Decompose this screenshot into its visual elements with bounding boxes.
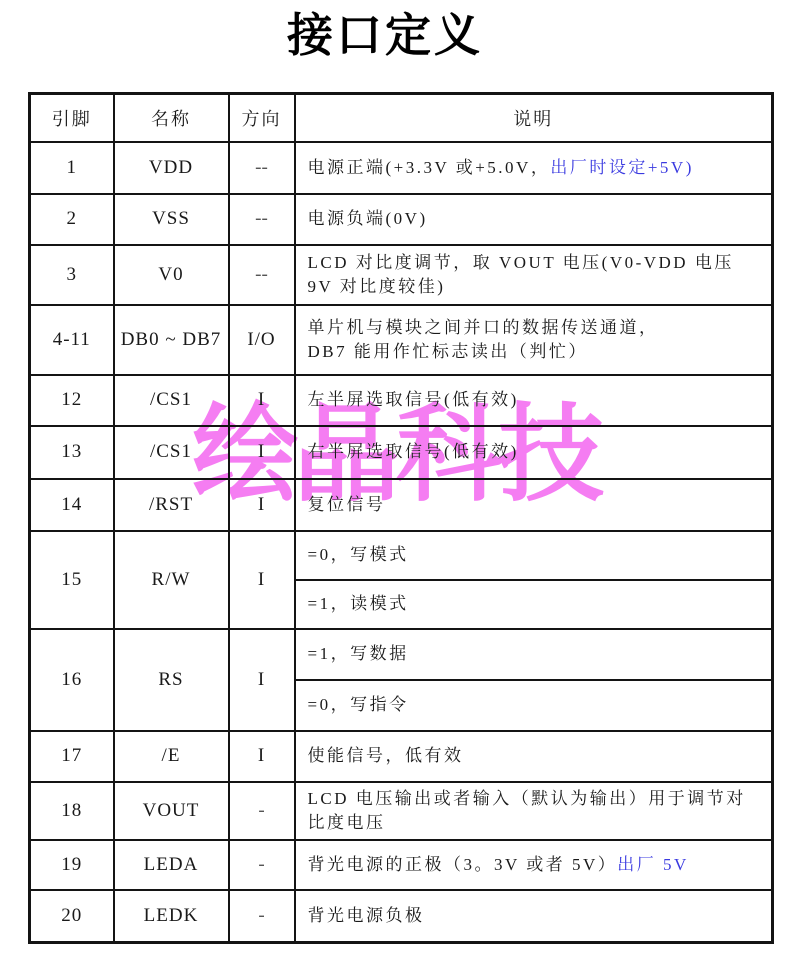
name-cell: VOUT xyxy=(114,782,229,840)
table-row: 3 V0 -- LCD 对比度调节，取 VOUT 电压(V0-VDD 电压 9V… xyxy=(30,245,773,305)
description-highlight: 出厂时设定+5V) xyxy=(550,158,694,177)
description-cell: 背光电源负极 xyxy=(295,890,773,943)
description-text: 使能信号，低有效 xyxy=(308,746,464,765)
description-line-1: 单片机与模块之间并口的数据传送通道， xyxy=(308,316,764,340)
direction-cell: I xyxy=(229,629,295,731)
description-cell: 右半屏选取信号(低有效) xyxy=(295,426,773,479)
description-text: 背光电源的正极（3。3V 或者 5V） xyxy=(308,855,618,874)
description-highlight: 出厂 5V xyxy=(617,855,689,874)
direction-cell: I xyxy=(229,731,295,782)
direction-cell: I xyxy=(229,531,295,629)
direction-cell: -- xyxy=(229,194,295,245)
direction-cell: - xyxy=(229,782,295,840)
document-page: 接口定义 引脚 名称 方向 说明 1 VDD -- 电源正端(+3.3V 或+5… xyxy=(0,0,800,966)
description-line-2: DB7 能用作忙标志读出（判忙） xyxy=(308,340,764,364)
direction-cell: I xyxy=(229,479,295,531)
description-cell: 左半屏选取信号(低有效) xyxy=(295,375,773,426)
table-row: 15 R/W I =0，写模式 xyxy=(30,531,773,580)
pin-cell: 20 xyxy=(30,890,114,943)
direction-value: -- xyxy=(255,264,268,285)
pin-definition-table: 引脚 名称 方向 说明 1 VDD -- 电源正端(+3.3V 或+5.0V，出… xyxy=(28,92,774,944)
name-cell: RS xyxy=(114,629,229,731)
pin-cell: 16 xyxy=(30,629,114,731)
page-title: 接口定义 xyxy=(0,4,770,66)
description-text: LCD 对比度调节，取 VOUT 电压(V0-VDD 电压 9V 对比度较佳) xyxy=(308,253,734,296)
name-cell: /CS1 xyxy=(114,426,229,479)
direction-cell: I/O xyxy=(229,305,295,375)
pin-cell: 14 xyxy=(30,479,114,531)
direction-value: - xyxy=(258,854,264,875)
direction-cell: - xyxy=(229,840,295,890)
direction-value: - xyxy=(258,905,264,926)
description-cell: LCD 对比度调节，取 VOUT 电压(V0-VDD 电压 9V 对比度较佳) xyxy=(295,245,773,305)
table-row: 12 /CS1 I 左半屏选取信号(低有效) xyxy=(30,375,773,426)
direction-cell: -- xyxy=(229,245,295,305)
description-cell: LCD 电压输出或者输入（默认为输出）用于调节对比度电压 xyxy=(295,782,773,840)
description-cell: 单片机与模块之间并口的数据传送通道， DB7 能用作忙标志读出（判忙） xyxy=(295,305,773,375)
name-cell: VDD xyxy=(114,142,229,194)
direction-cell: I xyxy=(229,375,295,426)
table-row: 16 RS I =1，写数据 xyxy=(30,629,773,680)
table-row: 20 LEDK - 背光电源负极 xyxy=(30,890,773,943)
table-row: 13 /CS1 I 右半屏选取信号(低有效) xyxy=(30,426,773,479)
description-text: =1，写数据 xyxy=(308,644,409,663)
description-text: =1，读模式 xyxy=(308,594,409,613)
direction-value: -- xyxy=(255,157,268,178)
pin-cell: 18 xyxy=(30,782,114,840)
description-text: =0，写指令 xyxy=(308,695,409,714)
name-cell: V0 xyxy=(114,245,229,305)
name-cell: R/W xyxy=(114,531,229,629)
pin-cell: 12 xyxy=(30,375,114,426)
description-text: 背光电源负极 xyxy=(308,906,425,925)
header-description: 说明 xyxy=(295,94,773,142)
name-cell: /E xyxy=(114,731,229,782)
pin-cell: 19 xyxy=(30,840,114,890)
description-cell: =0，写指令 xyxy=(295,680,773,731)
table-row: 17 /E I 使能信号，低有效 xyxy=(30,731,773,782)
description-text: 左半屏选取信号(低有效) xyxy=(308,390,519,409)
pin-cell: 2 xyxy=(30,194,114,245)
description-cell: 电源负端(0V) xyxy=(295,194,773,245)
table-row: 2 VSS -- 电源负端(0V) xyxy=(30,194,773,245)
description-text: 右半屏选取信号(低有效) xyxy=(308,442,519,461)
name-cell: /CS1 xyxy=(114,375,229,426)
name-cell: VSS xyxy=(114,194,229,245)
name-cell: LEDA xyxy=(114,840,229,890)
pin-cell: 17 xyxy=(30,731,114,782)
name-cell: /RST xyxy=(114,479,229,531)
table-row: 4-11 DB0 ~ DB7 I/O 单片机与模块之间并口的数据传送通道， DB… xyxy=(30,305,773,375)
name-cell: LEDK xyxy=(114,890,229,943)
pin-cell: 1 xyxy=(30,142,114,194)
pin-cell: 13 xyxy=(30,426,114,479)
direction-cell: -- xyxy=(229,142,295,194)
header-name: 名称 xyxy=(114,94,229,142)
pin-cell: 4-11 xyxy=(30,305,114,375)
name-cell: DB0 ~ DB7 xyxy=(114,305,229,375)
description-cell: =1，写数据 xyxy=(295,629,773,680)
description-cell: =1，读模式 xyxy=(295,580,773,629)
table-row: 19 LEDA - 背光电源的正极（3。3V 或者 5V）出厂 5V xyxy=(30,840,773,890)
table-row: 18 VOUT - LCD 电压输出或者输入（默认为输出）用于调节对比度电压 xyxy=(30,782,773,840)
table-row: 14 /RST I 复位信号 xyxy=(30,479,773,531)
description-text: 电源正端(+3.3V 或+5.0V， xyxy=(308,158,551,177)
description-cell: 复位信号 xyxy=(295,479,773,531)
table-header-row: 引脚 名称 方向 说明 xyxy=(30,94,773,142)
description-text: LCD 电压输出或者输入（默认为输出）用于调节对比度电压 xyxy=(308,789,746,832)
header-direction: 方向 xyxy=(229,94,295,142)
header-pin: 引脚 xyxy=(30,94,114,142)
direction-cell: - xyxy=(229,890,295,943)
description-text: =0，写模式 xyxy=(308,545,409,564)
direction-cell: I xyxy=(229,426,295,479)
pin-cell: 15 xyxy=(30,531,114,629)
description-cell: 电源正端(+3.3V 或+5.0V，出厂时设定+5V) xyxy=(295,142,773,194)
description-cell: =0，写模式 xyxy=(295,531,773,580)
direction-value: - xyxy=(258,800,264,821)
description-text: 电源负端(0V) xyxy=(308,209,428,228)
description-cell: 背光电源的正极（3。3V 或者 5V）出厂 5V xyxy=(295,840,773,890)
description-text: 复位信号 xyxy=(308,495,386,514)
description-cell: 使能信号，低有效 xyxy=(295,731,773,782)
direction-value: -- xyxy=(255,208,268,229)
pin-cell: 3 xyxy=(30,245,114,305)
table-row: 1 VDD -- 电源正端(+3.3V 或+5.0V，出厂时设定+5V) xyxy=(30,142,773,194)
